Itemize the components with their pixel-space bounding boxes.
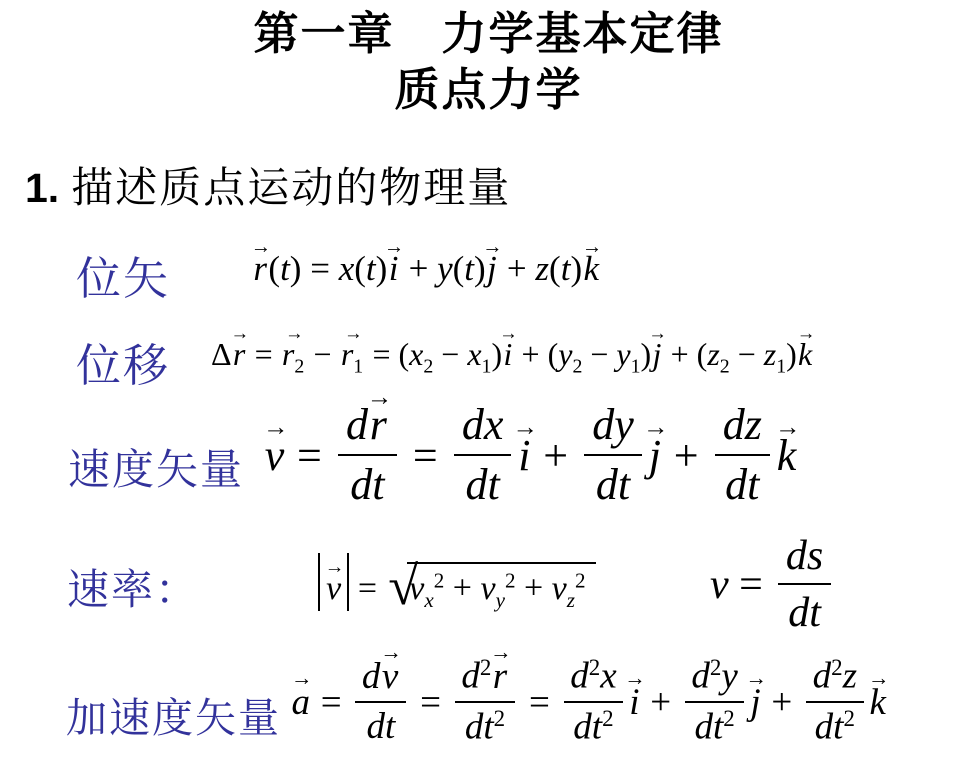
square-root: √vx2 + vy2 + vz2 bbox=[388, 562, 595, 613]
vector-r: →r bbox=[368, 399, 389, 452]
vector-arrow-icon: → bbox=[325, 558, 345, 578]
formula-displacement: Δ→r = →r2 − →r1 = (x2 − x1)→i + (y2 − y1… bbox=[211, 336, 814, 379]
vector-r: →r bbox=[491, 655, 508, 699]
math-text: t bbox=[280, 249, 290, 289]
math-text: ) bbox=[786, 336, 797, 373]
superscript: 2 bbox=[710, 655, 721, 680]
subscript: 1 bbox=[482, 356, 492, 378]
vector-k: →k bbox=[775, 430, 798, 481]
math-text: − bbox=[582, 336, 616, 373]
vector-r: →r bbox=[232, 336, 247, 373]
vector-i: →i bbox=[628, 681, 641, 724]
vector-k: →k bbox=[797, 336, 814, 373]
math-text: d bbox=[813, 656, 832, 697]
vector-arrow-icon: → bbox=[499, 325, 518, 344]
superscript: 2 bbox=[723, 706, 734, 731]
math-text: + ( bbox=[663, 336, 708, 373]
vector-arrow-icon: → bbox=[380, 642, 401, 663]
math-text: dt bbox=[725, 460, 759, 509]
section-number: 1. bbox=[25, 165, 59, 211]
math-text: ) = bbox=[290, 249, 339, 289]
math-text: = bbox=[411, 681, 450, 724]
math-text: ds bbox=[786, 533, 823, 579]
vector-k: →k bbox=[582, 249, 600, 289]
var-with-subscript: z2 bbox=[707, 336, 729, 379]
subscript: 2 bbox=[423, 356, 433, 378]
math-text: − bbox=[730, 336, 764, 373]
math-text: = bbox=[520, 681, 559, 724]
var-with-sub-sup: vz2 bbox=[552, 570, 586, 607]
slide-title: 第一章 力学基本定律 质点力学 bbox=[0, 6, 977, 118]
math-text: dt bbox=[694, 707, 723, 748]
math-text: t bbox=[366, 249, 376, 289]
vector-arrow-icon: → bbox=[384, 237, 404, 257]
superscript: 2 bbox=[434, 568, 445, 592]
vector-j: →j bbox=[749, 681, 762, 724]
fraction: d→rdt bbox=[338, 399, 396, 511]
vector-arrow-icon: → bbox=[648, 325, 667, 344]
math-text: = bbox=[286, 430, 333, 481]
vector-arrow-icon: → bbox=[263, 414, 289, 440]
subscript: y bbox=[496, 588, 505, 612]
vector-arrow-icon: → bbox=[251, 237, 271, 257]
math-text: + bbox=[515, 570, 551, 607]
math-text: = bbox=[729, 561, 774, 609]
superscript: 2 bbox=[602, 706, 613, 731]
subscript: 1 bbox=[631, 356, 641, 378]
var-with-subscript: z1 bbox=[764, 336, 786, 379]
math-text: ( bbox=[354, 249, 366, 289]
subscript: z bbox=[567, 588, 575, 612]
superscript: 2 bbox=[575, 568, 586, 592]
vector-arrow-icon: → bbox=[367, 384, 393, 410]
math-text: x bbox=[339, 249, 355, 289]
var-with-sub-sup: vy2 bbox=[480, 570, 515, 607]
vector-v: →v bbox=[380, 655, 399, 699]
fraction: d2xdt2 bbox=[564, 654, 624, 750]
slide-title-line2: 质点力学 bbox=[0, 62, 977, 118]
superscript: 2 bbox=[843, 706, 854, 731]
vector-arrow-icon: → bbox=[745, 668, 766, 689]
fraction: dydt bbox=[584, 399, 641, 511]
vector-v: →v bbox=[325, 570, 343, 608]
vector-r: →r2 bbox=[281, 336, 306, 379]
vector-arrow-icon: → bbox=[344, 325, 363, 344]
math-text: + ( bbox=[514, 336, 559, 373]
math-text: ( bbox=[453, 249, 465, 289]
section-heading-text: 描述质点运动的物理量 bbox=[71, 166, 511, 212]
superscript: 2 bbox=[831, 655, 842, 680]
vector-j: →j bbox=[647, 430, 663, 481]
vector-i: →i bbox=[517, 430, 533, 481]
formula-acceleration-vector: →a = d→vdt = d2→rdt2 = d2xdt2→i + d2ydt2… bbox=[290, 654, 887, 750]
math-text: = bbox=[402, 430, 449, 481]
math-text: + bbox=[400, 249, 437, 289]
subscript: 2 bbox=[720, 356, 730, 378]
label-displacement: 位移 bbox=[76, 329, 170, 394]
math-text: dt bbox=[350, 460, 384, 509]
math-text: = bbox=[349, 570, 385, 608]
radical-icon: √ bbox=[388, 559, 418, 613]
math-text: dz bbox=[723, 400, 762, 449]
math-text: + bbox=[532, 430, 579, 481]
vector-j: →j bbox=[486, 249, 499, 289]
math-text: dt bbox=[366, 706, 395, 747]
math-text: + bbox=[641, 681, 680, 724]
var-with-subscript: x2 bbox=[409, 336, 433, 379]
var-with-subscript: y2 bbox=[558, 336, 582, 379]
math-text: x bbox=[600, 656, 616, 697]
var-with-subscript: y1 bbox=[616, 336, 640, 379]
vector-arrow-icon: → bbox=[582, 237, 602, 257]
vector-r: →r bbox=[252, 249, 268, 289]
vector-r: →r1 bbox=[340, 336, 365, 379]
math-text: z bbox=[535, 249, 549, 289]
vector-j: →j bbox=[651, 336, 662, 373]
math-text: + bbox=[498, 249, 535, 289]
vector-arrow-icon: → bbox=[482, 237, 502, 257]
math-text: = bbox=[247, 336, 281, 373]
vector-a: →a bbox=[290, 681, 311, 724]
math-text: + bbox=[663, 430, 710, 481]
fraction: dxdt bbox=[454, 399, 511, 511]
vector-i: →i bbox=[387, 249, 400, 289]
fraction: d2ydt2 bbox=[685, 654, 745, 750]
math-text: dt bbox=[788, 590, 821, 636]
vector-arrow-icon: → bbox=[285, 325, 304, 344]
math-text: dx bbox=[462, 400, 504, 449]
math-text: v bbox=[710, 561, 729, 609]
fraction: dsdt bbox=[778, 531, 830, 638]
math-text: dt bbox=[465, 460, 499, 509]
formula-position-vector: →r(t) = x(t)→i + y(t)→j + z(t)→k bbox=[252, 249, 600, 289]
vector-arrow-icon: → bbox=[797, 325, 816, 344]
label-position-vector: 位矢 bbox=[76, 242, 170, 307]
math-text: = ( bbox=[364, 336, 409, 373]
math-text: ( bbox=[549, 249, 561, 289]
superscript: 2 bbox=[589, 655, 600, 680]
vector-arrow-icon: → bbox=[775, 414, 801, 440]
formula-speed-scalar: v = dsdt bbox=[710, 531, 836, 638]
absolute-value: →v bbox=[318, 553, 349, 611]
math-text: d bbox=[362, 656, 381, 697]
math-text: y bbox=[437, 249, 453, 289]
superscript: 2 bbox=[494, 706, 505, 731]
section-heading: 1.描述质点运动的物理量 bbox=[25, 155, 511, 215]
vector-arrow-icon: → bbox=[291, 668, 312, 689]
math-text: dt bbox=[596, 460, 630, 509]
fraction: d2zdt2 bbox=[806, 654, 864, 750]
math-text: dt bbox=[815, 707, 844, 748]
vector-arrow-icon: → bbox=[643, 414, 669, 440]
lecture-slide: 第一章 力学基本定律 质点力学 1.描述质点运动的物理量 位矢 →r(t) = … bbox=[0, 0, 977, 765]
var-with-subscript: x1 bbox=[467, 336, 491, 379]
subscript: 2 bbox=[294, 356, 304, 378]
math-text: Δ bbox=[211, 336, 232, 373]
math-text: y bbox=[721, 656, 737, 697]
math-text: = bbox=[311, 681, 350, 724]
math-text: + bbox=[762, 681, 801, 724]
subscript: 2 bbox=[572, 356, 582, 378]
math-text: − bbox=[433, 336, 467, 373]
label-speed: 速率： bbox=[67, 557, 199, 617]
vector-k: →k bbox=[868, 681, 887, 724]
label-velocity-vector: 速度矢量 bbox=[68, 437, 244, 497]
label-acceleration-vector: 加速度矢量 bbox=[66, 685, 281, 744]
fraction: d2→rdt2 bbox=[455, 654, 516, 750]
math-text: d bbox=[691, 656, 710, 697]
math-text: − bbox=[306, 336, 340, 373]
vector-arrow-icon: → bbox=[868, 668, 889, 689]
subscript: 1 bbox=[776, 356, 786, 378]
math-text: d bbox=[570, 656, 589, 697]
vector-arrow-icon: → bbox=[490, 642, 511, 663]
fraction: dzdt bbox=[715, 399, 770, 511]
vector-arrow-icon: → bbox=[231, 325, 250, 344]
vector-arrow-icon: → bbox=[624, 668, 645, 689]
math-text: t bbox=[464, 249, 474, 289]
math-text: + bbox=[444, 570, 480, 607]
math-text: d bbox=[346, 400, 368, 449]
math-text: dt bbox=[465, 707, 494, 748]
math-text: dy bbox=[592, 400, 634, 449]
vector-v: →v bbox=[263, 430, 286, 481]
fraction: d→vdt bbox=[355, 655, 406, 750]
vector-i: →i bbox=[502, 336, 513, 373]
subscript: x bbox=[424, 588, 433, 612]
slide-title-line1: 第一章 力学基本定律 bbox=[0, 6, 977, 62]
vector-arrow-icon: → bbox=[512, 414, 538, 440]
formula-velocity-vector: →v = d→rdt = dxdt→i + dydt→j + dzdt→k bbox=[263, 399, 798, 511]
subscript: 1 bbox=[353, 356, 363, 378]
superscript: 2 bbox=[505, 568, 516, 592]
math-text: t bbox=[561, 249, 571, 289]
formula-speed-magnitude: →v = √vx2 + vy2 + vz2 bbox=[318, 553, 596, 613]
math-text: z bbox=[843, 656, 857, 697]
math-text: dt bbox=[573, 707, 602, 748]
math-text: d bbox=[461, 656, 480, 697]
math-text: ) bbox=[570, 249, 582, 289]
